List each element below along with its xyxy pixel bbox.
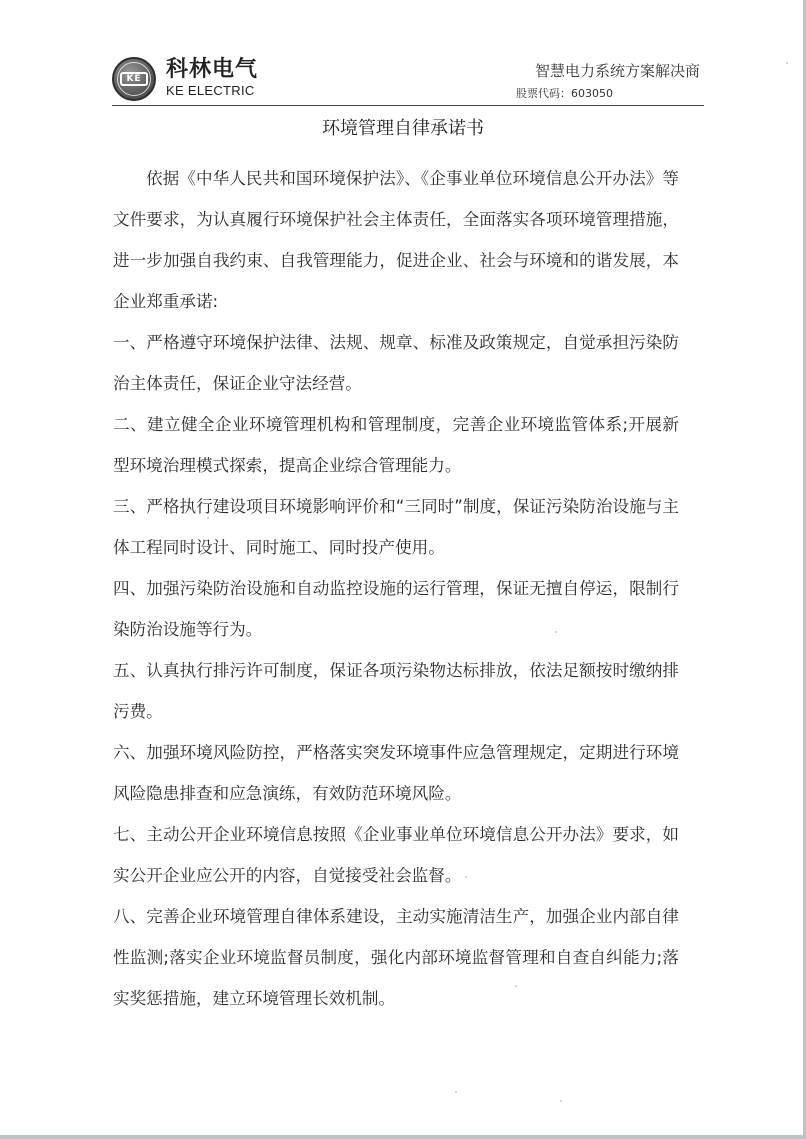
commitment-item: 六、加强环境风险防控，严格落实突发环境事件应急管理规定，定期进行环境风险隐患排查… <box>113 732 679 814</box>
scan-speck <box>786 62 788 64</box>
logo-mark: KE <box>120 72 148 86</box>
document-title: 环境管理自律承诺书 <box>0 117 806 141</box>
intro-paragraph: 依据《中华人民共和国环境保护法》、《企事业单位环境信息公开办法》等文件要求，为认… <box>113 158 679 322</box>
company-slogan: 智慧电力系统方案解决商 <box>535 62 700 80</box>
commitment-item: 八、完善企业环境管理自律体系建设，主动实施清洁生产，加强企业内部自律性监测;落实… <box>113 896 679 1019</box>
scan-speck <box>207 517 209 519</box>
brand-name-cn: 科林电气 <box>166 58 258 82</box>
document-page: KE 科林电气 KE ELECTRIC 智慧电力系统方案解决商 股票代码：603… <box>0 0 806 1139</box>
scan-speck <box>560 1100 562 1102</box>
document-body: 依据《中华人民共和国环境保护法》、《企事业单位环境信息公开办法》等文件要求，为认… <box>113 158 679 1019</box>
commitment-item: 三、严格执行建设项目环境影响评价和“三同时”制度，保证污染防治设施与主体工程同时… <box>113 486 679 568</box>
scan-speck <box>465 876 467 878</box>
commitment-item: 五、认真执行排污许可制度，保证各项污染物达标排放，依法足额按时缴纳排污费。 <box>113 650 679 732</box>
header-divider <box>112 105 704 106</box>
scan-speck <box>455 1091 457 1093</box>
letterhead: KE 科林电气 KE ELECTRIC 智慧电力系统方案解决商 股票代码：603… <box>112 57 702 105</box>
commitment-item: 一、严格遵守环境保护法律、法规、规章、标准及政策规定，自觉承担污染防治主体责任，… <box>113 322 679 404</box>
commitment-item: 七、主动公开企业环境信息按照《企业事业单位环境信息公开办法》要求，如实公开企业应… <box>113 814 679 896</box>
stock-code: 股票代码：603050 <box>516 87 613 101</box>
scan-speck <box>555 631 557 633</box>
scan-speck <box>515 985 517 987</box>
commitment-item: 四、加强污染防治设施和自动监控设施的运行管理，保证无擅自停运，限制行染防治设施等… <box>113 568 679 650</box>
commitment-item: 二、建立健全企业环境管理机构和管理制度，完善企业环境监管体系;开展新型环境治理模… <box>113 404 679 486</box>
scan-speck <box>500 751 502 753</box>
company-logo-icon: KE <box>112 57 156 101</box>
brand-name-en: KE ELECTRIC <box>166 84 255 98</box>
